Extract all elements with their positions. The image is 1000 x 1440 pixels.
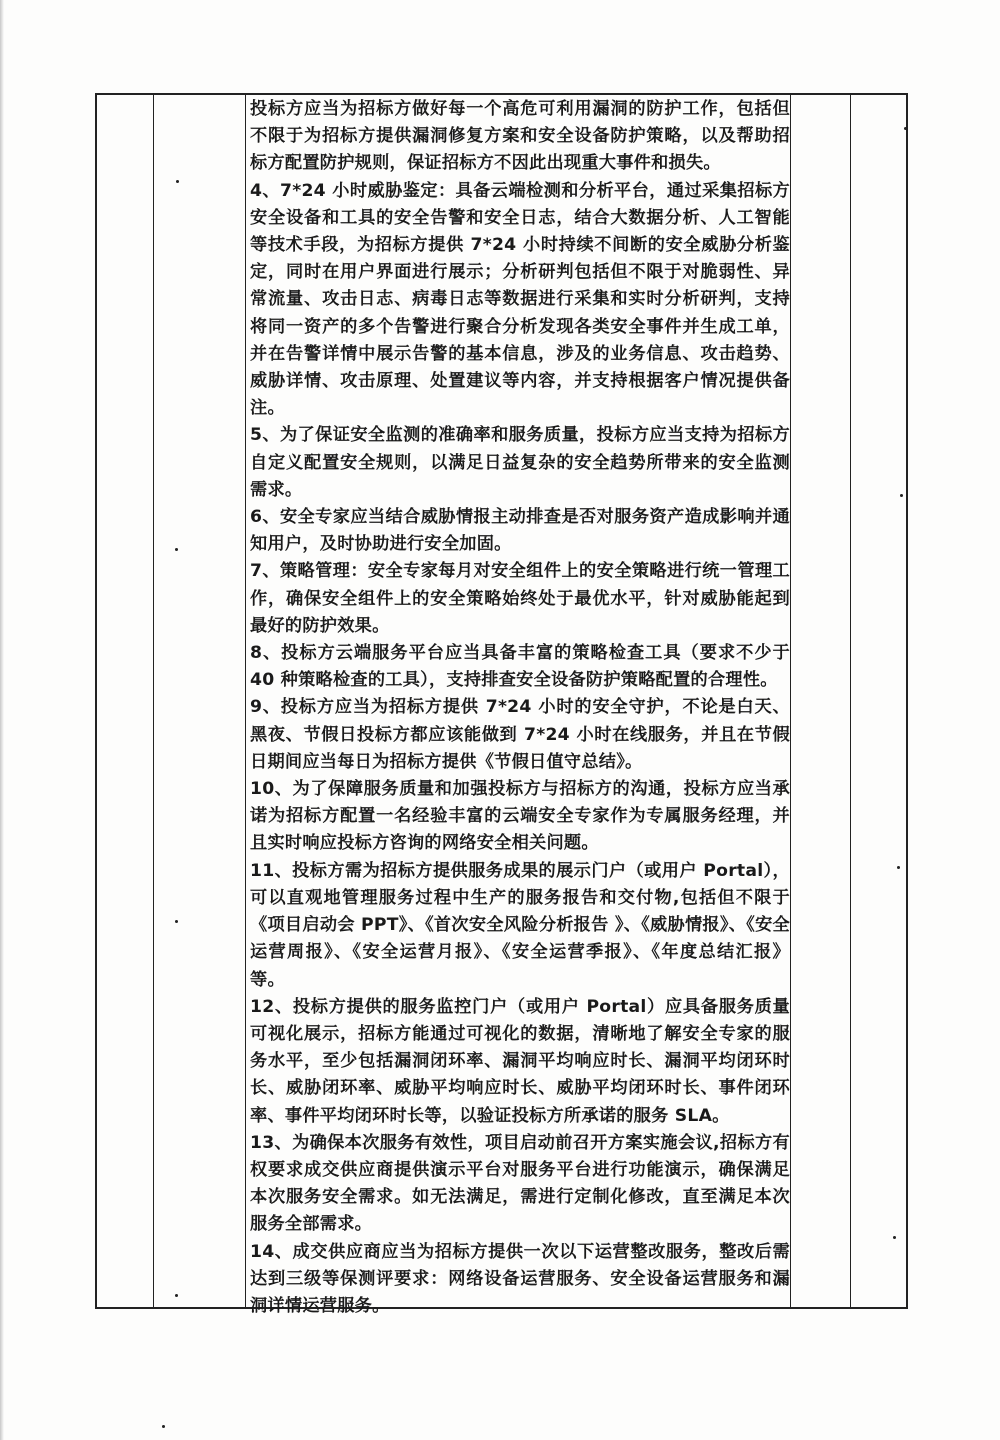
paragraph-item-14: 14、成交供应商应当为招标方提供一次以下运营整改服务，整改后需达到三级等保测评要… (250, 1239, 790, 1321)
paragraph-item-4: 4、7*24 小时威胁鉴定：具备云端检测和分析平台，通过采集招标方安全设备和工具… (250, 178, 790, 423)
scan-edge-shadow (0, 0, 4, 1440)
scan-speck (175, 548, 178, 551)
scan-speck (893, 1236, 896, 1239)
paragraph-item-13: 13、为确保本次服务有效性，项目启动前召开方案实施会议,招标方有权要求成交供应商… (250, 1130, 790, 1239)
scan-speck (175, 1294, 178, 1297)
paragraph-item-6: 6、安全专家应当结合威胁情报主动排查是否对服务资产造成影响并通知用户，及时协助进… (250, 504, 790, 558)
column-divider (790, 95, 791, 1307)
scan-speck (897, 866, 900, 869)
requirements-cell: 投标方应当为招标方做好每一个高危可利用漏洞的防护工作，包括但不限于为招标方提供漏… (245, 95, 790, 1320)
paragraph-item-7: 7、策略管理：安全专家每月对安全组件上的安全策略进行统一管理工作，确保安全组件上… (250, 558, 790, 640)
paragraph-item-12: 12、投标方提供的服务监控门户（或用户 Portal）应具备服务质量可视化展示，… (250, 994, 790, 1130)
column-divider (850, 95, 851, 1307)
requirements-table: 投标方应当为招标方做好每一个高危可利用漏洞的防护工作，包括但不限于为招标方提供漏… (95, 93, 908, 1309)
paragraph-3-continuation: 投标方应当为招标方做好每一个高危可利用漏洞的防护工作，包括但不限于为招标方提供漏… (250, 96, 790, 178)
scan-speck (175, 920, 178, 923)
scan-speck (162, 1425, 165, 1428)
paragraph-item-10: 10、为了保障服务质量和加强投标方与招标方的沟通，投标方应当承诺为招标方配置一名… (250, 776, 790, 858)
paragraph-item-8: 8、投标方云端服务平台应当具备丰富的策略检查工具（要求不少于 40 种策略检查的… (250, 640, 790, 694)
paragraph-item-11: 11、投标方需为招标方提供服务成果的展示门户（或用户 Portal），可以直观地… (250, 858, 790, 994)
column-divider (153, 95, 154, 1307)
paragraph-item-5: 5、为了保证安全监测的准确率和服务质量，投标方应当支持为招标方自定义配置安全规则… (250, 422, 790, 504)
scan-speck (900, 494, 903, 497)
scan-speck (176, 180, 179, 183)
scan-speck (904, 127, 907, 130)
paragraph-item-9: 9、投标方应当为招标方提供 7*24 小时的安全守护，不论是白天、黑夜、节假日投… (250, 694, 790, 776)
